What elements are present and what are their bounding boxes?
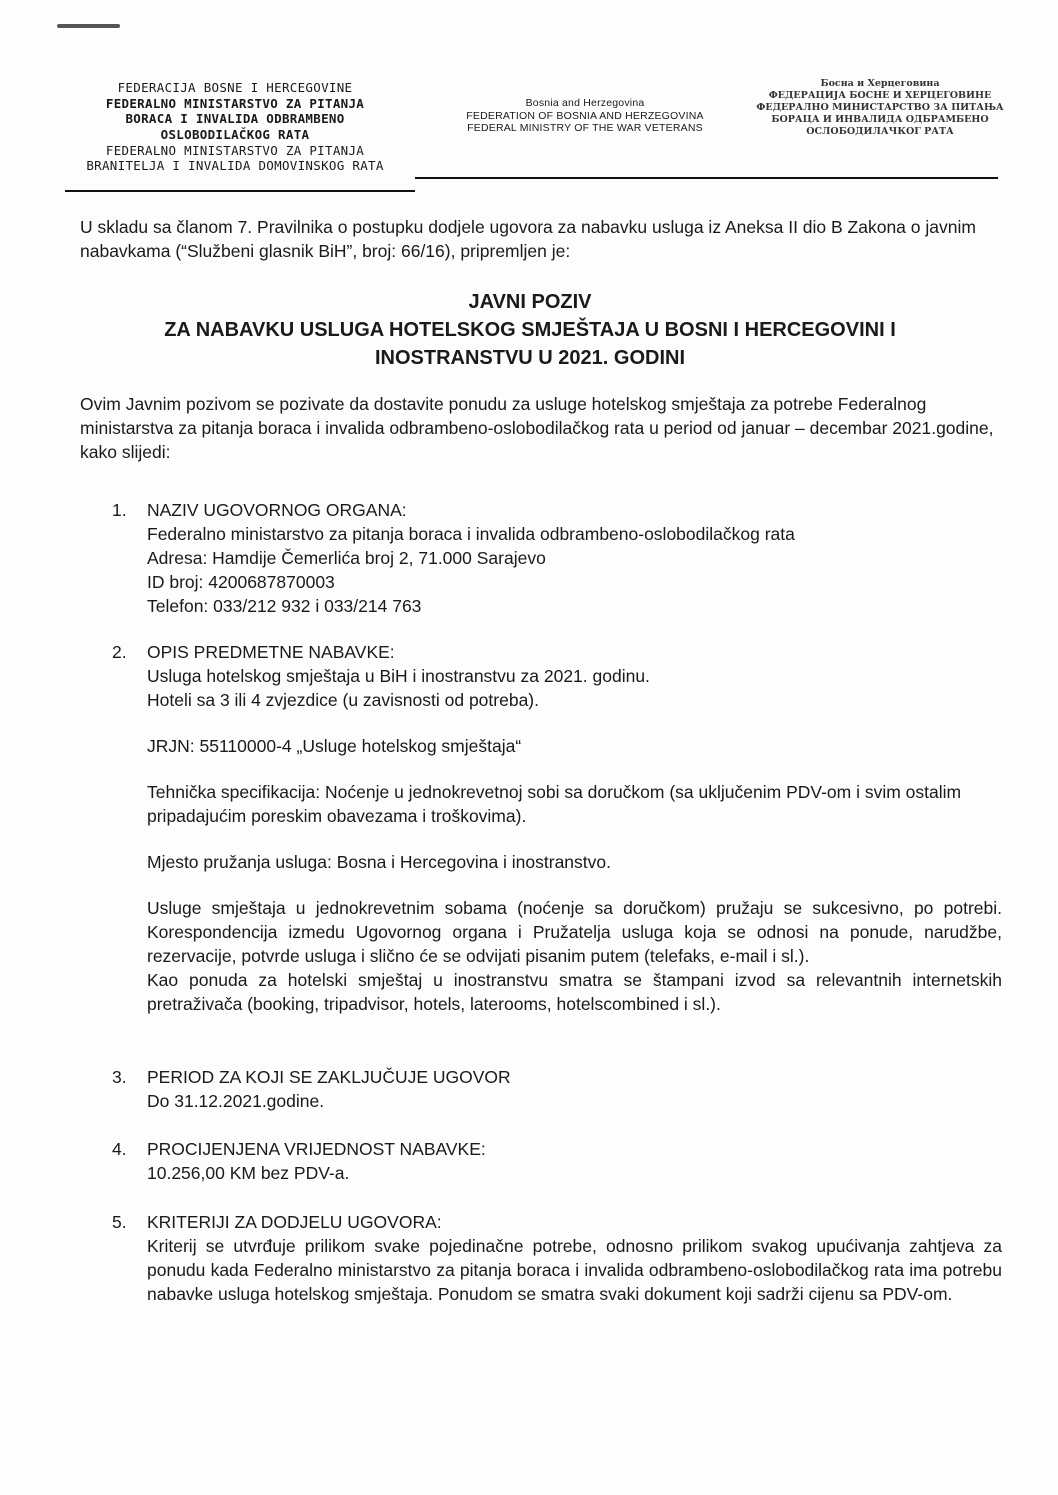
section-heading: PERIOD ZA KOJI SE ZAKLJUČUJE UGOVOR	[147, 1065, 1002, 1089]
header-right-line: БОРАЦА И ИНВАЛИДА ОДБРАМБЕНО	[740, 114, 1020, 126]
abroad-offer-paragraph: Kao ponuda za hotelski smještaj u inostr…	[147, 968, 1002, 1016]
title-line: JAVNI POZIV	[60, 288, 1000, 316]
header-left-line: FEDERALNO MINISTARSTVO ZA PITANJA	[60, 143, 410, 159]
section-line: 10.256,00 KM bez PDV-a.	[147, 1161, 1002, 1185]
scan-artifact	[57, 24, 120, 28]
section-line: Hoteli sa 3 ili 4 zvjezdice (u zavisnost…	[147, 688, 1002, 712]
title-line: ZA NABAVKU USLUGA HOTELSKOG SMJEŠTAJA U …	[60, 316, 1000, 344]
header-left-line: BRANITELJA I INVALIDA DOMOVINSKOG RATA	[60, 158, 410, 174]
section-number: 1.	[112, 498, 127, 522]
header-middle-block: Bosnia and Herzegovina FEDERATION OF BOS…	[440, 97, 730, 135]
section-number: 4.	[112, 1137, 127, 1161]
header-left-line: OSLOBODILAČKOG RATA	[60, 127, 410, 143]
header-right-block: Босна и Херцеговина ФЕДЕРАЦИЈА БОСНЕ И Х…	[740, 78, 1020, 137]
header-divider	[65, 190, 415, 192]
header-right-line: ФЕДЕРАЦИЈА БОСНЕ И ХЕРЦЕГОВИНЕ	[740, 90, 1020, 102]
section-4: 4. PROCIJENJENA VRIJEDNOST NABAVKE: 10.2…	[112, 1137, 1002, 1185]
header-middle-line: FEDERATION OF BOSNIA AND HERZEGOVINA	[440, 110, 730, 123]
section-3: 3. PERIOD ZA KOJI SE ZAKLJUČUJE UGOVOR D…	[112, 1065, 1002, 1113]
section-heading: PROCIJENJENA VRIJEDNOST NABAVKE:	[147, 1137, 1002, 1161]
section-line: Usluga hotelskog smještaja u BiH i inost…	[147, 664, 1002, 688]
section-number: 5.	[112, 1210, 127, 1234]
criteria-paragraph: Kriterij se utvrđuje prilikom svake poje…	[147, 1234, 1002, 1306]
header-divider	[415, 177, 998, 179]
section-2: 2. OPIS PREDMETNE NABAVKE: Usluga hotels…	[112, 640, 1002, 1016]
section-heading: OPIS PREDMETNE NABAVKE:	[147, 640, 1002, 664]
header-right-line: ОСЛОБОДИЛАЧКОГ РАТА	[740, 126, 1020, 138]
section-heading: NAZIV UGOVORNOG ORGANA:	[147, 498, 1002, 522]
header-middle-line: FEDERAL MINISTRY OF THE WAR VETERANS	[440, 122, 730, 135]
intro-paragraph: U skladu sa članom 7. Pravilnika o postu…	[80, 215, 1000, 263]
title-line: INOSTRANSTVU U 2021. GODINI	[60, 344, 1000, 372]
header-left-line: FEDERALNO MINISTARSTVO ZA PITANJA	[60, 96, 410, 112]
section-line: Do 31.12.2021.godine.	[147, 1089, 1002, 1113]
section-line: Adresa: Hamdije Čemerlića broj 2, 71.000…	[147, 546, 1002, 570]
section-line: ID broj: 4200687870003	[147, 570, 1002, 594]
service-place: Mjesto pružanja usluga: Bosna i Hercegov…	[147, 850, 1002, 874]
section-1: 1. NAZIV UGOVORNOG ORGANA: Federalno min…	[112, 498, 1002, 618]
section-5: 5. KRITERIJI ZA DODJELU UGOVORA: Kriteri…	[112, 1210, 1002, 1306]
header-left-block: FEDERACIJA BOSNE I HERCEGOVINE FEDERALNO…	[60, 80, 410, 174]
header-right-line: Босна и Херцеговина	[740, 78, 1020, 90]
technical-specification: Tehnička specifikacija: Noćenje u jednok…	[147, 780, 1002, 828]
header-left-line: BORACA I INVALIDA ODBRAMBENO	[60, 111, 410, 127]
section-line: Federalno ministarstvo za pitanja boraca…	[147, 522, 1002, 546]
header-middle-line: Bosnia and Herzegovina	[440, 97, 730, 110]
document-title: JAVNI POZIV ZA NABAVKU USLUGA HOTELSKOG …	[60, 288, 1000, 372]
section-number: 3.	[112, 1065, 127, 1089]
services-paragraph: Usluge smještaja u jednokrevetnim sobama…	[147, 896, 1002, 968]
header-left-line: FEDERACIJA BOSNE I HERCEGOVINE	[60, 80, 410, 96]
jrjn-code: JRJN: 55110000-4 „Usluge hotelskog smješ…	[147, 734, 1002, 758]
header-right-line: ФЕДЕРАЛНО МИНИСТАРСТВО ЗА ПИТАЊА	[740, 102, 1020, 114]
section-line: Telefon: 033/212 932 i 033/214 763	[147, 594, 1002, 618]
section-number: 2.	[112, 640, 127, 664]
lead-paragraph: Ovim Javnim pozivom se pozivate da dosta…	[80, 392, 1000, 464]
section-heading: KRITERIJI ZA DODJELU UGOVORA:	[147, 1210, 1002, 1234]
